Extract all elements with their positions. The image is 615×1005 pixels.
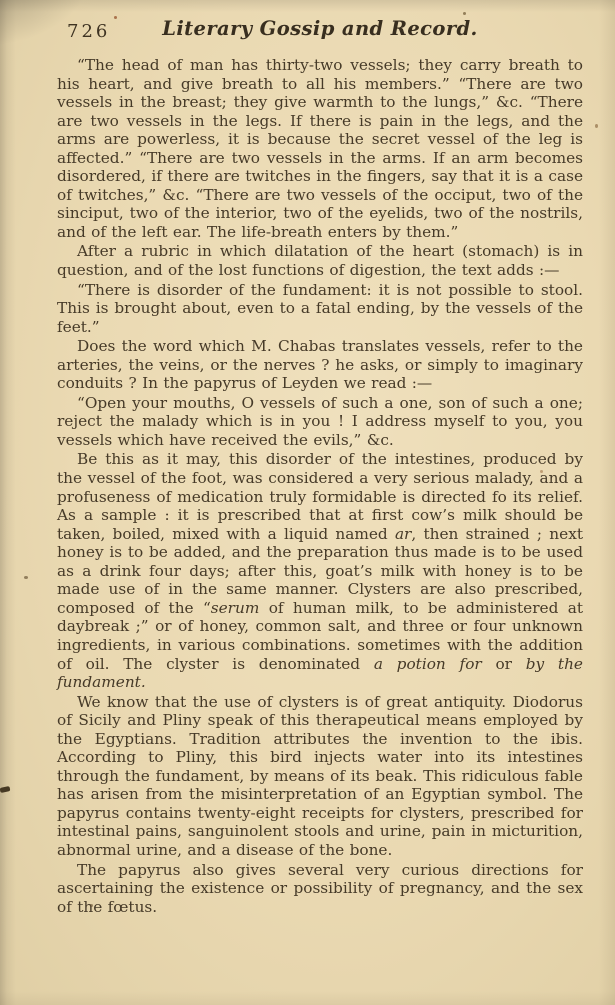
text-run-italic: serum <box>211 599 260 617</box>
text-run: or <box>482 655 526 673</box>
paper-speck <box>595 124 598 128</box>
text-run-italic: a potion for <box>374 655 482 673</box>
text-run: “There is disorder of the fundament: it … <box>57 281 583 336</box>
text-run: The papyrus also gives several very curi… <box>57 861 583 916</box>
paragraph-extract-fundament: “There is disorder of the fundament: it … <box>57 281 583 337</box>
scanned-page: 726 Literary Gossip and Record. “The hea… <box>0 0 615 1005</box>
ink-blot-left-edge <box>0 786 10 793</box>
paragraph-extract-open-mouths: “Open your mouths, O vessels of such a o… <box>57 394 583 450</box>
paragraph-after-rubric: After a rubric in which dilatation of th… <box>57 242 583 279</box>
paper-speck <box>540 470 543 473</box>
paragraph-clysters-antiquity: We know that the use of clysters is of g… <box>57 693 583 860</box>
text-run: “Open your mouths, O vessels of such a o… <box>57 394 583 449</box>
text-run: Does the word which M. Chabas translates… <box>57 337 583 392</box>
paper-speck <box>463 12 466 15</box>
paragraph-remedies: Be this as it may, this disorder of the … <box>57 450 583 691</box>
paragraph-pregnancy: The papyrus also gives several very curi… <box>57 861 583 917</box>
text-run: We know that the use of clysters is of g… <box>57 693 583 859</box>
text-run-italic: ar <box>395 525 411 543</box>
paper-speck <box>24 576 28 579</box>
text-run: After a rubric in which dilatation of th… <box>57 242 583 279</box>
paper-speck <box>90 904 93 907</box>
page-text-block: “The head of man has thirty-two vessels;… <box>57 56 583 917</box>
text-run: “The head of man has thirty-two vessels;… <box>57 56 583 241</box>
paper-speck <box>114 16 117 19</box>
paragraph-chabas-question: Does the word which M. Chabas translates… <box>57 337 583 393</box>
paragraph-extract-vessels: “The head of man has thirty-two vessels;… <box>57 56 583 241</box>
running-title: Literary Gossip and Record. <box>57 17 583 40</box>
